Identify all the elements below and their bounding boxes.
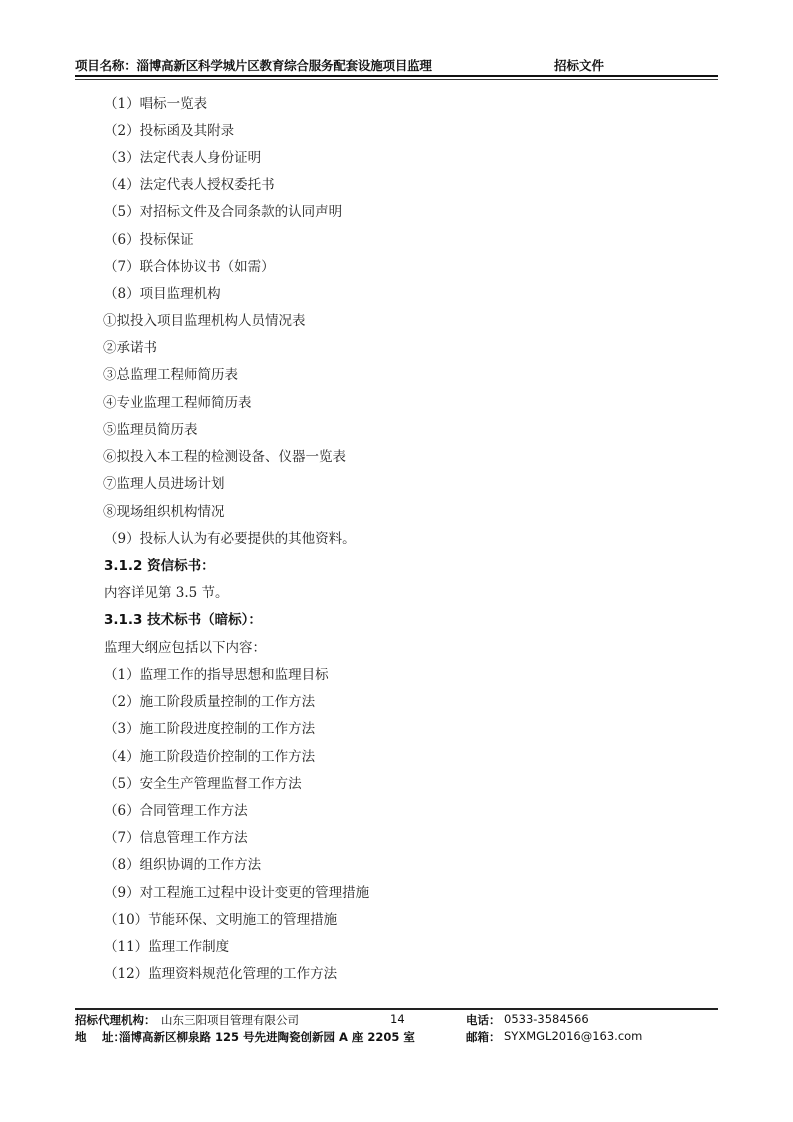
list-item: （7）信息管理工作方法 [104,830,248,846]
list-item: （4）法定代表人授权委托书 [104,177,275,193]
sub-list-item: ⑧现场组织机构情况 [103,504,225,520]
sub-list-item: ①拟投入项目监理机构人员情况表 [103,313,306,329]
footer-rule [75,1008,718,1010]
email-label: 邮箱： [466,1029,501,1045]
sub-list-item: ⑤监理员简历表 [103,422,198,438]
list-item: （1）唱标一览表 [104,96,207,112]
section-intro: 监理大纲应包括以下内容： [104,640,266,656]
sub-list-item: ③总监理工程师简历表 [103,367,238,383]
list-item: （3）法定代表人身份证明 [104,150,261,166]
address: 淄博高新区柳泉路 125 号先进陶瓷创新园 A 座 2205 室 [119,1029,415,1045]
list-item: （8）组织协调的工作方法 [104,857,261,873]
list-item: （9）对工程施工过程中设计变更的管理措施 [104,885,369,901]
list-item: （5）安全生产管理监督工作方法 [104,776,302,792]
header-rule-thick [75,75,718,77]
sub-list-item: ②承诺书 [103,340,157,356]
section-heading-3-1-3: 3.1.3 技术标书（暗标）： [104,612,262,628]
section-text: 内容详见第 3.5 节。 [104,585,229,601]
list-item: （11）监理工作制度 [104,939,229,955]
list-item: （10）节能环保、文明施工的管理措施 [104,912,337,928]
list-item: （3）施工阶段进度控制的工作方法 [104,721,315,737]
address-label: 地 址： [75,1029,125,1045]
section-heading-3-1-2: 3.1.2 资信标书： [104,558,215,574]
list-item: （8）项目监理机构 [104,286,221,302]
list-item: （9）投标人认为有必要提供的其他资料。 [104,531,356,547]
project-label: 项目名称： [75,58,137,73]
phone-number: 0533-3584566 [504,1012,589,1026]
list-item: （5）对招标文件及合同条款的认同声明 [104,204,342,220]
header-rule-thin [75,79,718,80]
sub-list-item: ⑦监理人员进场计划 [103,476,225,492]
phone-label: 电话： [466,1012,501,1028]
list-item: （6）合同管理工作方法 [104,803,248,819]
list-item: （12）监理资料规范化管理的工作方法 [104,966,337,982]
document-type: 招标文件 [554,56,604,74]
project-title: 项目名称：淄博高新区科学城片区教育综合服务配套设施项目监理 [75,56,432,74]
page-footer: 招标代理机构： 山东三阳项目管理有限公司 14 电话： 0533-3584566… [75,1012,718,1048]
list-item: （4）施工阶段造价控制的工作方法 [104,749,315,765]
list-item: （7）联合体协议书（如需） [104,259,275,275]
page-number: 14 [390,1012,405,1026]
agency-label: 招标代理机构： [75,1012,156,1028]
list-item: （6）投标保证 [104,232,194,248]
sub-list-item: ⑥拟投入本工程的检测设备、仪器一览表 [103,449,346,465]
list-item: （2）施工阶段质量控制的工作方法 [104,694,315,710]
list-item: （1）监理工作的指导思想和监理目标 [104,667,329,683]
page-header: 项目名称：淄博高新区科学城片区教育综合服务配套设施项目监理 招标文件 [75,56,718,74]
project-name: 淄博高新区科学城片区教育综合服务配套设施项目监理 [137,58,432,73]
email-address: SYXMGL2016@163.com [504,1029,642,1043]
sub-list-item: ④专业监理工程师简历表 [103,395,252,411]
agency-name: 山东三阳项目管理有限公司 [161,1012,299,1028]
list-item: （2）投标函及其附录 [104,123,234,139]
